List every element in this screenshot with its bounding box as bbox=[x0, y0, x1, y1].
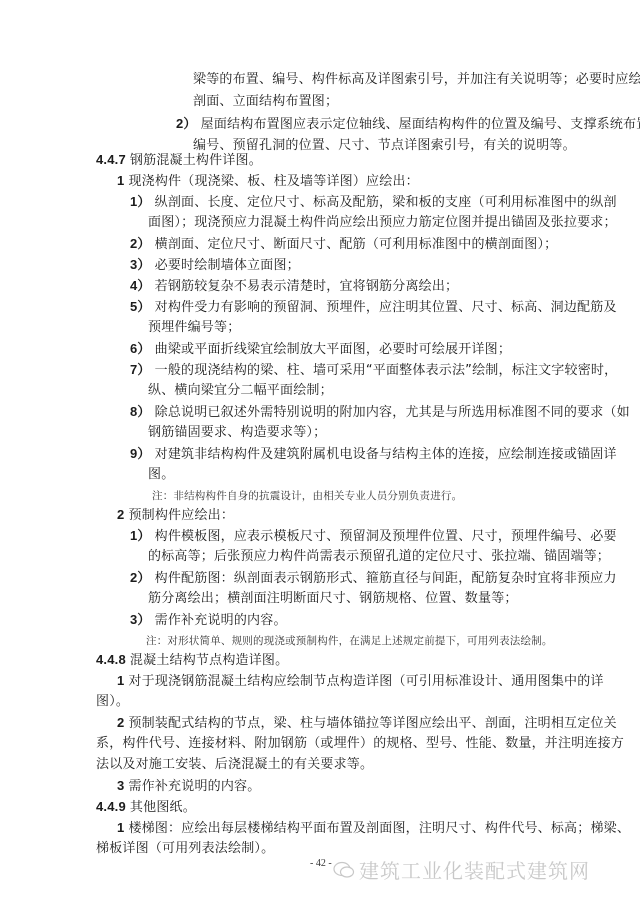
text-line: 筋分离绘出；横剖面注明断面尺寸、钢筋规格、位置、数量等； bbox=[148, 591, 518, 607]
item-number: 1 bbox=[117, 673, 124, 688]
line-text: 对于现浇钢筋混凝土结构应绘制节点构造详图（可引用标准设计、通用图集中的详 bbox=[128, 674, 603, 689]
line-text: 一般的现浇结构的梁、柱、墙可采用“平面整体表示法”绘制，标注文字较密时， bbox=[155, 363, 618, 378]
text-line: 2预制装配式结构的节点，梁、柱与墙体锚拉等详图应绘出平、剖面，注明相互定位关 bbox=[117, 715, 617, 732]
wechat-icon bbox=[333, 861, 355, 879]
text-line: 图。 bbox=[148, 467, 174, 483]
line-text: 图）。 bbox=[96, 694, 129, 709]
line-text: 需作补充说明的内容。 bbox=[128, 779, 260, 794]
text-line: 4.4.9其他图纸。 bbox=[96, 799, 196, 816]
text-line: 1对于现浇钢筋混凝土结构应绘制节点构造详图（可引用标准设计、通用图集中的详 bbox=[117, 673, 604, 690]
line-text: 法以及对施工安装、后浇混凝土的有关要求等。 bbox=[96, 757, 373, 772]
text-line: 9）对建筑非结构构件及建筑附属机电设备与结构主体的连接，应绘制连接或锚固详 bbox=[130, 446, 617, 463]
line-text: 纵剖面、长度、定位尺寸、标高及配筋，梁和板的支座（可利用标准图中的纵剖 bbox=[155, 195, 617, 210]
line-text: 对建筑非结构构件及建筑附属机电设备与结构主体的连接，应绘制连接或锚固详 bbox=[155, 447, 617, 462]
line-text: 钢筋混凝土构件详图。 bbox=[130, 153, 262, 168]
text-line: 的标高等；后张预应力构件尚需表示预留孔道的定位尺寸、张拉端、锚固端等； bbox=[148, 549, 610, 565]
line-text: 曲梁或平面折线梁宜绘制放大平面图，必要时可绘展开详图； bbox=[155, 342, 511, 357]
text-line: 4）若钢筋较复杂不易表示清楚时，宜将钢筋分离绘出； bbox=[130, 278, 458, 295]
text-line: 1）纵剖面、长度、定位尺寸、标高及配筋，梁和板的支座（可利用标准图中的纵剖 bbox=[130, 194, 617, 211]
line-text: 梯板详图（可用列表法绘制）。 bbox=[96, 841, 274, 856]
text-line: 预埋件编号等； bbox=[148, 320, 240, 336]
text-line: 梁等的布置、编号、构件标高及详图索引号，并加注有关说明等；必要时应绘制 bbox=[193, 72, 640, 88]
text-line: 法以及对施工安装、后浇混凝土的有关要求等。 bbox=[96, 757, 373, 773]
item-number: 9） bbox=[130, 446, 151, 461]
text-line: 剖面、立面结构布置图； bbox=[193, 94, 338, 110]
item-number: 6） bbox=[130, 341, 151, 356]
line-text: 对构件受力有影响的预留洞、预埋件，应注明其位置、尺寸、标高、洞边配筋及 bbox=[155, 300, 617, 315]
line-text: 梁等的布置、编号、构件标高及详图索引号，并加注有关说明等；必要时应绘制 bbox=[193, 72, 640, 87]
text-line: 4.4.7钢筋混凝土构件详图。 bbox=[96, 152, 262, 169]
text-line: 2）构件配筋图：纵剖面表示钢筋形式、箍筋直径与间距，配筋复杂时宜将非预应力 bbox=[130, 570, 617, 587]
line-text: 混凝土结构节点构造详图。 bbox=[130, 653, 288, 668]
text-line: 1楼梯图：应绘出每层楼梯结构平面布置及剖面图，注明尺寸、构件代号、标高；梯梁、 bbox=[117, 820, 630, 837]
item-number: 3 bbox=[117, 778, 124, 793]
text-line: 3）需作补充说明的内容。 bbox=[130, 612, 287, 629]
note: 注：对形状简单、规则的现浇或预制构件，在满足上述规定前提下，可用列表法绘制。 bbox=[146, 633, 553, 649]
line-text: 预制构件应绘出： bbox=[128, 508, 234, 523]
item-number: 7） bbox=[130, 362, 151, 377]
text-line: 系，构件代号、连接材料、附加钢筋（或埋件）的规格、型号、性能、数量，并注明连接方 bbox=[96, 736, 624, 752]
line-text: 纵、横向梁宜分二幅平面绘制； bbox=[148, 383, 333, 398]
item-number: 2 bbox=[117, 507, 124, 522]
line-text: 横剖面、定位尺寸、断面尺寸、配筋（可利用标准图中的横剖面图）； bbox=[155, 237, 558, 252]
text-line: 2）横剖面、定位尺寸、断面尺寸、配筋（可利用标准图中的横剖面图）； bbox=[130, 236, 557, 253]
text-line: 梯板详图（可用列表法绘制）。 bbox=[96, 841, 274, 857]
line-text: 编号、预留孔洞的位置、尺寸、节点详图索引号，有关的说明等。 bbox=[193, 138, 576, 153]
note: 注：非结构构件自身的抗震设计，由相关专业人员分别负责进行。 bbox=[152, 488, 462, 504]
text-line: 1现浇构件（现浇梁、板、柱及墙等详图）应绘出： bbox=[117, 173, 419, 190]
item-number: 1） bbox=[130, 528, 151, 543]
item-number: 4.4.7 bbox=[96, 152, 126, 167]
item-number: 1 bbox=[117, 173, 124, 188]
line-text: 需作补充说明的内容。 bbox=[155, 613, 287, 628]
line-text: 构件配筋图：纵剖面表示钢筋形式、箍筋直径与间距，配筋复杂时宜将非预应力 bbox=[155, 571, 617, 586]
line-text: 构件模板图，应表示模板尺寸、预留洞及预埋件位置、尺寸，预埋件编号、必要 bbox=[155, 529, 617, 544]
text-line: 7）一般的现浇结构的梁、柱、墙可采用“平面整体表示法”绘制，标注文字较密时， bbox=[130, 362, 617, 379]
line-text: 钢筋锚固要求、构造要求等）； bbox=[148, 425, 326, 440]
line-text: 屋面结构布置图应表示定位轴线、屋面结构构件的位置及编号、支撑系统布置及 bbox=[201, 117, 640, 132]
item-number: 1） bbox=[130, 194, 151, 209]
text-line: 图）。 bbox=[96, 694, 129, 710]
item-number: 4） bbox=[130, 278, 151, 293]
item-number: 1 bbox=[117, 820, 124, 835]
line-text: 筋分离绘出；横剖面注明断面尺寸、钢筋规格、位置、数量等； bbox=[148, 591, 518, 606]
text-line: 8）除总说明已叙述外需特别说明的附加内容，尤其是与所选用标准图不同的要求（如 bbox=[130, 404, 630, 421]
item-number: 5） bbox=[130, 299, 151, 314]
text-line: 3）必要时绘制墙体立面图； bbox=[130, 257, 300, 274]
line-text: 必要时绘制墙体立面图； bbox=[155, 258, 300, 273]
line-text: 其他图纸。 bbox=[130, 800, 196, 815]
page-number: - 42 - bbox=[310, 858, 332, 869]
line-text: 面图）；现浇预应力混凝土构件尚应绘出预应力筋定位图并提出锚固及张拉要求； bbox=[148, 215, 617, 230]
document-page: 梁等的布置、编号、构件标高及详图索引号，并加注有关说明等；必要时应绘制剖面、立面… bbox=[0, 0, 640, 905]
text-line: 4.4.8混凝土结构节点构造详图。 bbox=[96, 652, 288, 669]
item-number: 2） bbox=[176, 116, 197, 131]
text-line: 3需作补充说明的内容。 bbox=[117, 778, 260, 795]
line-text: 系，构件代号、连接材料、附加钢筋（或埋件）的规格、型号、性能、数量，并注明连接方 bbox=[96, 736, 624, 751]
line-text: 的标高等；后张预应力构件尚需表示预留孔道的定位尺寸、张拉端、锚固端等； bbox=[148, 549, 610, 564]
line-text: 现浇构件（现浇梁、板、柱及墙等详图）应绘出： bbox=[128, 174, 418, 189]
item-number: 4.4.8 bbox=[96, 652, 126, 667]
text-line: 面图）；现浇预应力混凝土构件尚应绘出预应力筋定位图并提出锚固及张拉要求； bbox=[148, 215, 617, 231]
line-text: 剖面、立面结构布置图； bbox=[193, 94, 338, 109]
item-number: 2 bbox=[117, 715, 124, 730]
line-text: 图。 bbox=[148, 467, 174, 482]
item-number: 3） bbox=[130, 612, 151, 627]
text-line: 2预制构件应绘出： bbox=[117, 507, 234, 524]
text-line: 纵、横向梁宜分二幅平面绘制； bbox=[148, 383, 333, 399]
line-text: 预制装配式结构的节点，梁、柱与墙体锚拉等详图应绘出平、剖面，注明相互定位关 bbox=[128, 716, 616, 731]
text-line: 5）对构件受力有影响的预留洞、预埋件，应注明其位置、尺寸、标高、洞边配筋及 bbox=[130, 299, 617, 316]
text-line: 1）构件模板图，应表示模板尺寸、预留洞及预埋件位置、尺寸，预埋件编号、必要 bbox=[130, 528, 617, 545]
text-line: 6）曲梁或平面折线梁宜绘制放大平面图，必要时可绘展开详图； bbox=[130, 341, 511, 358]
text-line: 钢筋锚固要求、构造要求等）； bbox=[148, 425, 326, 441]
watermark: 建筑工业化装配式建筑网 bbox=[333, 855, 590, 884]
text-line: 2）屋面结构布置图应表示定位轴线、屋面结构构件的位置及编号、支撑系统布置及 bbox=[176, 116, 640, 133]
item-number: 2） bbox=[130, 570, 151, 585]
line-text: 若钢筋较复杂不易表示清楚时，宜将钢筋分离绘出； bbox=[155, 279, 459, 294]
item-number: 3） bbox=[130, 257, 151, 272]
watermark-text: 建筑工业化装配式建筑网 bbox=[359, 855, 590, 884]
line-text: 预埋件编号等； bbox=[148, 320, 240, 335]
line-text: 楼梯图：应绘出每层楼梯结构平面布置及剖面图，注明尺寸、构件代号、标高；梯梁、 bbox=[128, 821, 630, 836]
item-number: 2） bbox=[130, 236, 151, 251]
line-text: 除总说明已叙述外需特别说明的附加内容，尤其是与所选用标准图不同的要求（如 bbox=[155, 405, 630, 420]
item-number: 4.4.9 bbox=[96, 799, 126, 814]
item-number: 8） bbox=[130, 404, 151, 419]
